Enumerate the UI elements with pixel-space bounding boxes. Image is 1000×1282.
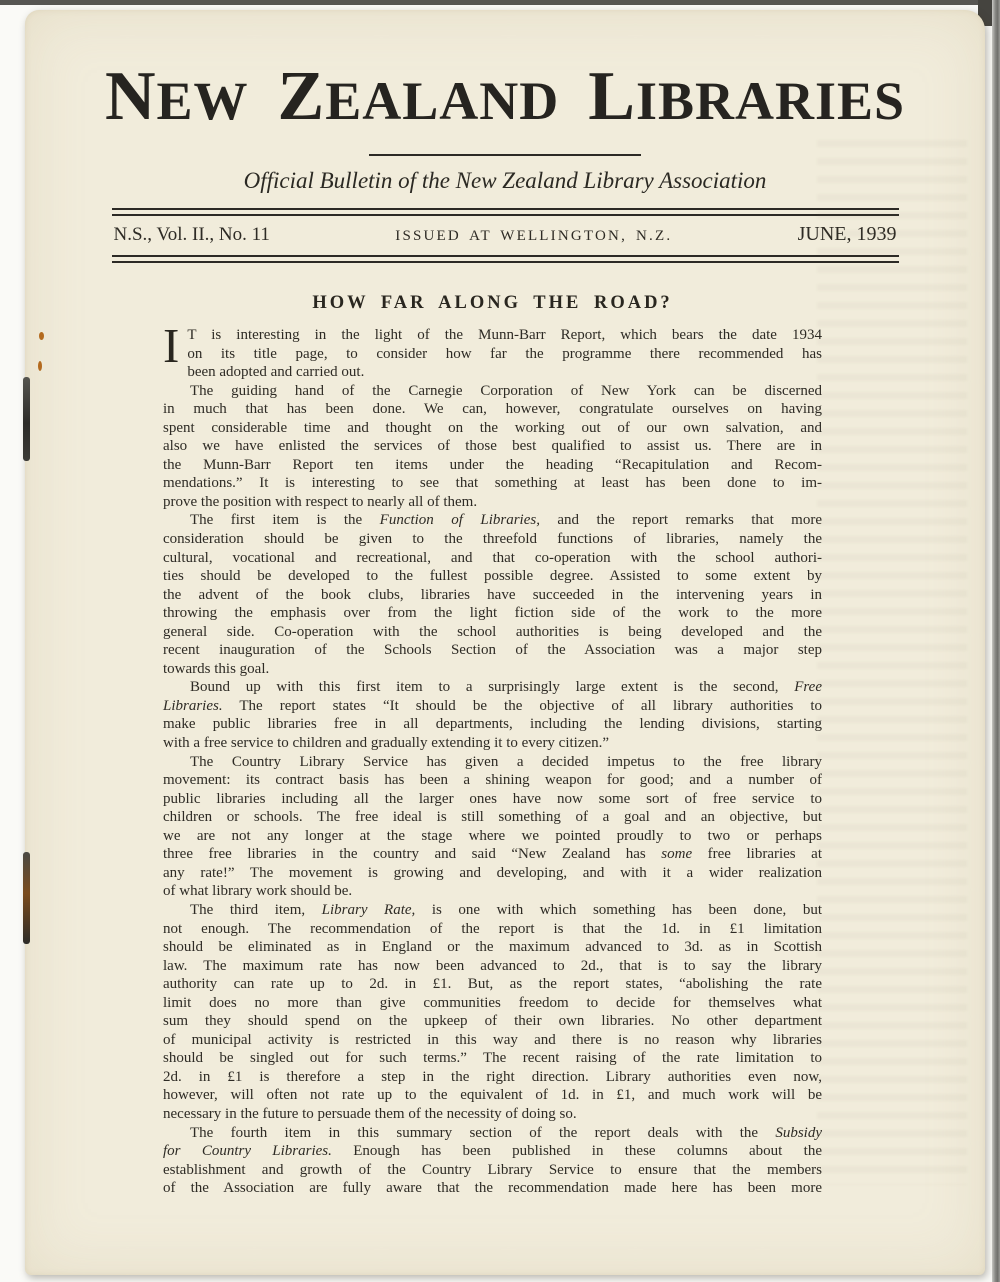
article-body: IT is interesting in the light of the Mu… (163, 326, 822, 1198)
text-line: spent considerable time and thought on t… (163, 419, 822, 438)
text-line: The third item, Library Rate, is one wit… (163, 901, 822, 920)
text-line: also we have enlisted the services of th… (163, 437, 822, 456)
scan-background: { "masthead": { "word1": {"cap": "N", "r… (0, 0, 1000, 1282)
issued-at-label: ISSUED AT WELLINGTON, N.Z. (395, 224, 672, 248)
text-line: not enough. The recommendation of the re… (163, 920, 822, 939)
text-line: of municipal activity is restricted in t… (163, 1031, 822, 1050)
text-line: law. The maximum rate has now been advan… (163, 957, 822, 976)
masthead-initial: Z (278, 58, 326, 135)
masthead-rest: EW (157, 71, 249, 131)
text-line: general side. Co-operation with the scho… (163, 623, 822, 642)
text-line: necessary in the future to persuade them… (163, 1105, 822, 1124)
paragraph: The guiding hand of the Carnegie Corpora… (163, 382, 822, 512)
masthead-divider-rule (369, 154, 641, 156)
text-line: make public libraries free in all depart… (163, 715, 822, 734)
drop-cap: I (163, 327, 179, 364)
text-line: in much that has been done. We can, howe… (163, 400, 822, 419)
text-line: towards this goal. (163, 660, 822, 679)
text-line: The fourth item in this summary section … (163, 1124, 822, 1143)
text-line: throwing the emphasis over from the ligh… (163, 604, 822, 623)
scanned-page: NEW ZEALAND LIBRARIES Official Bulletin … (25, 10, 985, 1275)
double-rule-top (112, 208, 899, 216)
masthead-rest: EALAND (325, 71, 559, 131)
masthead-initial: N (105, 58, 157, 135)
page-bleedthrough-texture (817, 140, 967, 1185)
scanner-top-edge (0, 0, 1000, 5)
masthead-word: ZEALAND (278, 68, 560, 144)
text-line: authority can rate up to 2d. in £1. But,… (163, 975, 822, 994)
masthead-word: LIBRARIES (588, 68, 905, 144)
text-line: limit does no more than give communities… (163, 994, 822, 1013)
paragraph: The first item is the Function of Librar… (163, 511, 822, 678)
text-line: with a free service to children and grad… (163, 734, 822, 753)
masthead-rest: IBRARIES (636, 71, 905, 131)
masthead-word: NEW (105, 68, 249, 144)
masthead-title: NEW ZEALAND LIBRARIES (25, 68, 985, 144)
article-title: HOW FAR ALONG THE ROAD? (163, 293, 822, 313)
text-line: recent inauguration of the Schools Secti… (163, 641, 822, 660)
text-line: any rate!” The movement is growing and d… (163, 864, 822, 883)
paragraph: The fourth item in this summary section … (163, 1124, 822, 1198)
text-line: the Munn-Barr Report ten items under the… (163, 456, 822, 475)
issue-info-band: N.S., Vol. II., No. 11 ISSUED AT WELLING… (112, 208, 899, 263)
text-line: for Country Libraries. Enough has been p… (163, 1142, 822, 1161)
rust-spot (38, 361, 42, 371)
text-line: of the Association are fully aware that … (163, 1179, 822, 1198)
text-line: Bound up with this first item to a surpr… (163, 678, 822, 697)
paragraph: The Country Library Service has given a … (163, 753, 822, 901)
text-line: cultural, vocational and recreational, a… (163, 549, 822, 568)
text-line: public libraries including all the large… (163, 790, 822, 809)
text-line: should be singled out for such terms.” T… (163, 1049, 822, 1068)
article: HOW FAR ALONG THE ROAD? IT is interestin… (163, 293, 822, 1198)
text-line: The first item is the Function of Librar… (163, 511, 822, 530)
text-line: 2d. in £1 is therefore a step in the rig… (163, 1068, 822, 1087)
paragraph: IT is interesting in the light of the Mu… (163, 326, 822, 382)
paragraph: Bound up with this first item to a surpr… (163, 678, 822, 752)
rust-spot (39, 332, 44, 340)
text-line: consideration should be given to the thr… (163, 530, 822, 549)
text-line: three free libraries in the country and … (163, 845, 822, 864)
staple-top (23, 377, 30, 461)
scanner-right-edge (992, 0, 1000, 1282)
text-line: should be eliminated as in England or th… (163, 938, 822, 957)
text-line: movement: its contract basis has been a … (163, 771, 822, 790)
text-line: ties should be developed to the fullest … (163, 567, 822, 586)
text-line: on its title page, to consider how far t… (163, 345, 822, 364)
double-rule-bottom (112, 255, 899, 263)
text-line: the advent of the book clubs, libraries … (163, 586, 822, 605)
staple-bottom (23, 852, 30, 944)
paragraph: The third item, Library Rate, is one wit… (163, 901, 822, 1124)
text-line: prove the position with respect to nearl… (163, 493, 822, 512)
text-line: Libraries. The report states “It should … (163, 697, 822, 716)
text-line: of what library work should be. (163, 882, 822, 901)
text-line: children or schools. The free ideal is s… (163, 808, 822, 827)
text-line: establishment and growth of the Country … (163, 1161, 822, 1180)
masthead-initial: L (588, 58, 636, 135)
issue-date: JUNE, 1939 (798, 222, 897, 246)
text-line: been adopted and carried out. (163, 363, 822, 382)
text-line: sum they should spend on the upkeep of t… (163, 1012, 822, 1031)
text-line: The Country Library Service has given a … (163, 753, 822, 772)
text-line: T is interesting in the light of the Mun… (163, 326, 822, 345)
text-line: however, will often not rate up to the e… (163, 1086, 822, 1105)
volume-number: N.S., Vol. II., No. 11 (114, 223, 270, 247)
text-line: The guiding hand of the Carnegie Corpora… (163, 382, 822, 401)
masthead-subtitle: Official Bulletin of the New Zealand Lib… (25, 166, 985, 196)
issue-info-row: N.S., Vol. II., No. 11 ISSUED AT WELLING… (112, 216, 899, 255)
text-line: mendations.” It is interesting to see th… (163, 474, 822, 493)
text-line: we are not any longer at the stage where… (163, 827, 822, 846)
